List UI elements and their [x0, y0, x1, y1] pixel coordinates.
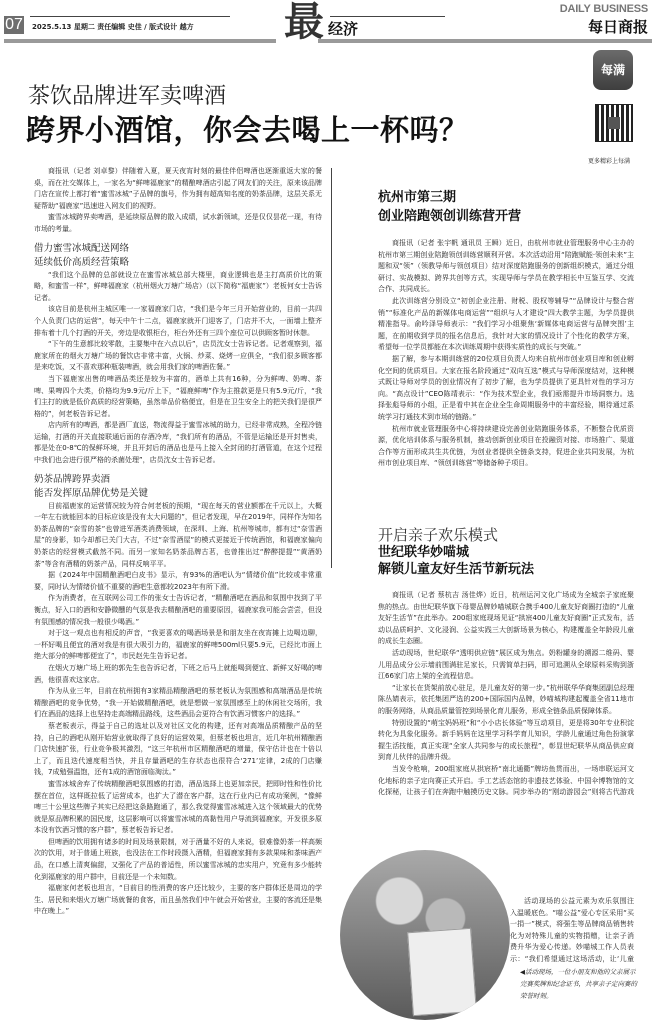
paragraph: “下午的生意都比较零散，主要集中在六点以后”，店员沈女士告诉记者。记者观察到，福…	[34, 339, 322, 374]
article3-wrap-text: 活动现场的公益元素为欢乐氛围注入温暖底色。“喵公益”爱心专区采用“买一捐一”模式…	[510, 896, 634, 964]
subheading: 借力蜜雪冰城配送网络	[34, 242, 322, 256]
main-article-body: 商报讯（记者 刘卓黎）伴随着入夏，夏天夜宵时刻的最佳伴侣啤酒也逐渐重返大家的餐桌…	[34, 166, 322, 918]
section-big-char: 最	[284, 0, 324, 44]
main-article-headline: 跨界小酒馆，你会去喝上一杯吗？	[26, 112, 469, 148]
paragraph: 对于这一观点也有相反的声音，“我更喜欢的喝酒场景是和朋友坐在夜宵摊上边喝边聊，一…	[34, 628, 322, 663]
paragraph: 商报讯（记者 蔡杭吉 汤佳烨）近日，杭州运河文化广场成为全城亲子家庭聚焦的热点。…	[378, 590, 634, 648]
column-divider	[331, 168, 332, 568]
article2-headline-line2: 创业陪跑领创训练营开营	[378, 207, 521, 226]
english-masthead: DAILY BUSINESS	[560, 3, 648, 15]
paragraph: 活动现场，世纪联华“透明供应链”展区成为焦点。奶粉罐身的溯源二维码、婴儿用品成分…	[378, 648, 634, 683]
paragraph: 商报讯（记者 刘卓黎）伴随着入夏，夏天夜宵时刻的最佳伴侣啤酒也逐渐重返大家的餐桌…	[34, 166, 322, 212]
app-logo-icon[interactable]: 每满	[593, 50, 633, 90]
paragraph: 此次训练营分别设立“初创企业注册、财税、股权等辅导”“品牌设计与整合营销”“标准…	[378, 296, 634, 354]
article3-body: 商报讯（记者 蔡杭吉 汤佳烨）近日，杭州运河文化广场成为全城亲子家庭聚焦的热点。…	[378, 590, 634, 798]
paragraph: 活动现场的公益元素为欢乐氛围注入温暖底色。“喵公益”爱心专区采用“买一捐一”模式…	[510, 896, 634, 964]
subheading: 能否发挥原品牌优势是关键	[34, 487, 322, 501]
article2-body: 商报讯（记者 张宇帆 通讯员 王瞬）近日，由杭州市就业管理服务中心主办的杭州市第…	[378, 238, 634, 470]
paragraph: 蜜雪冰城跨界卖啤酒，是延续原品牌的散入成绩，试水新领域，还是仅仅昙花一现，有待市…	[34, 212, 322, 235]
subheading: 奶茶品牌跨界卖酒	[34, 473, 322, 487]
issue-meta: 2025.5.13 星期二 责任编辑 史佳 / 版式设计 越方	[32, 22, 194, 32]
paragraph: 作为从业三年，目前在杭州拥有3家精品精酿酒吧的蔡老板认为氛围感和高端酒品是传统精…	[34, 686, 322, 721]
paragraph: 当发令枪响，200组家庭从拱宸桥“南北通衢”牌坊鱼贯而出，一场串联运河文化地标的…	[378, 764, 634, 798]
photo-caption: ◀活动现场，一位小朋友和他的父亲展示完赛奖牌和纪念证书，共享亲子定向赛的荣誉时刻…	[520, 966, 638, 1002]
paragraph: “让家长在货架前放心驻足，是儿童友好的第一步。”杭州联华华商集团副总经理陈丛婧表…	[378, 683, 634, 718]
page-number: 07	[4, 16, 24, 34]
paragraph: 商报讯（记者 张宇帆 通讯员 王瞬）近日，由杭州市就业管理服务中心主办的杭州市第…	[378, 238, 634, 296]
certificate-in-photo	[407, 928, 477, 1016]
paragraph: 特别设置的“萌宝妈妈班”和“小小店长体验”等互动项目，更是将30年专业积淀转化为…	[378, 718, 634, 764]
section-title: 经济	[328, 20, 358, 38]
paragraph: 据了解，参与本期训练营的20位项目负责人均来自杭州市创业项目库和创业孵化空间的优…	[378, 354, 634, 424]
article3-headline-line2: 解锁儿童友好生活节新玩法	[378, 561, 534, 578]
header-rule	[30, 16, 230, 17]
qr-caption: 更多精彩上每满	[588, 156, 630, 165]
qr-center-logo-icon	[608, 117, 620, 129]
paragraph: 福鹿家何老板也坦言，“目前目的性消费的客户还比较少，主要的客户群体还是周边的学生…	[34, 883, 322, 918]
header-bar-left	[4, 39, 276, 43]
header-bar-right	[318, 39, 652, 43]
paragraph: 当下福鹿家出售的啤酒品类还是较为丰富的，酒单上共有16种，分为鲜啤、奶啤、茶啤、…	[34, 374, 322, 420]
paragraph: “我们这个品牌的总部就设立在蜜雪冰城总部大楼里，商业逻辑也是主打高质价比的策略，…	[34, 270, 322, 305]
paragraph: 该店目前是杭州主城区唯一一家福鹿家门店，“我们是今年三月开始营业的，目前一共四个…	[34, 304, 322, 339]
paragraph: 在烟火万塘广场上班的郭先生也告诉记者，下班之后马上就能喝到便宜、新鲜又好喝的啤酒…	[34, 663, 322, 686]
header-rule-right	[330, 16, 445, 17]
subheading: 延续低价高质经营策略	[34, 256, 322, 270]
main-article-kicker: 茶饮品牌进军卖啤酒	[28, 84, 226, 110]
event-photo	[340, 850, 510, 1020]
paragraph: 目前福鹿家的运营情况较为符合何老板的预期，“现在每天的营业额都在千元以上，大概一…	[34, 501, 322, 571]
paragraph: 杭州市就业管理服务中心将持续建设完善创业陪跑服务体系，不断整合优质资源，优化培训…	[378, 424, 634, 470]
paragraph: 作为消费者，在互联网公司工作的张女士告诉记者，“精酿酒吧在酒品和氛围中找到了平衡…	[34, 593, 322, 628]
paragraph: 但啤酒的饮用拥有诸多的时间及场景限制，对于酒量不好的人来说，很难像奶茶一样高频次…	[34, 837, 322, 883]
paragraph: 蔡老板表示，得益于自己的选址以及对社区文化的构建，还有对高端品质精酿产品的坚持，…	[34, 721, 322, 779]
article2-headline: 杭州市第三期 创业陪跑领创训练营开营	[378, 188, 521, 226]
qr-code-icon[interactable]	[595, 104, 633, 142]
paragraph: 店内所有的啤酒，都是酒厂直送，物流得益于蜜雪冰城的助力，已经非常成熟，全程冷链运…	[34, 420, 322, 466]
article3-kicker: 开启亲子欢乐模式	[378, 526, 498, 544]
paragraph: 蜜雪冰城舍弃了传统精酿酒吧氛围感的打造，酒品选择上也更加亲民，把即时性和性价比摆…	[34, 779, 322, 837]
newspaper-brand: 每日商报	[588, 18, 648, 36]
article3-headline: 世纪联华妙喵城 解锁儿童友好生活节新玩法	[378, 544, 534, 578]
article2-headline-line1: 杭州市第三期	[378, 188, 521, 207]
article3-headline-line1: 世纪联华妙喵城	[378, 544, 534, 561]
paragraph: 据《2024年中国精酿酒吧白皮书》显示，有93%的酒吧认为“情绪价值”比较或非常…	[34, 570, 322, 593]
